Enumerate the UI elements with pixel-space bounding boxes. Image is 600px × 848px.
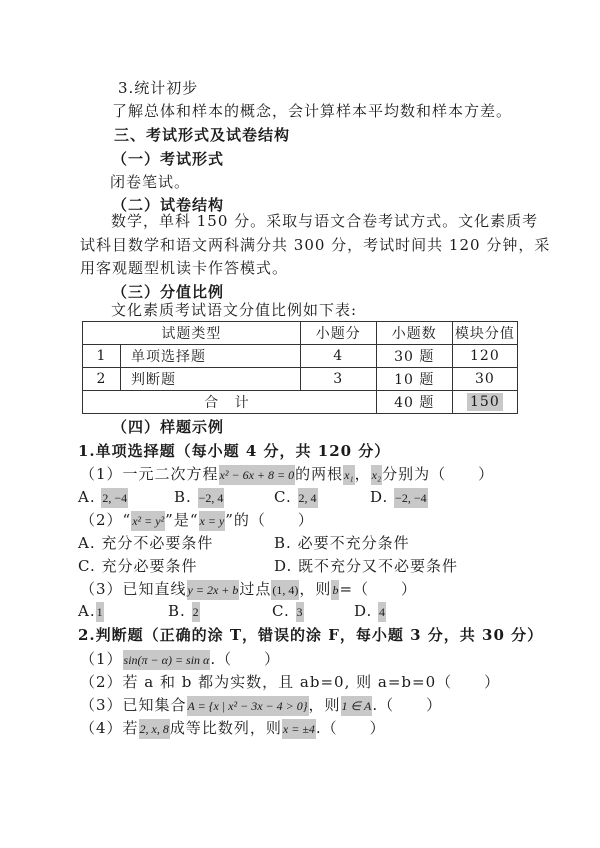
q1-mid: 的两根 [295,465,343,483]
exam-form-heading: （一）考试形式 [112,148,224,170]
q1-suffix: 分别为（ ） [382,465,494,483]
footer-count: 40 题 [376,391,452,414]
option-label: A. [78,488,96,506]
q3-point: (1, 4) [271,580,299,600]
option-label: A. [78,602,96,620]
q1-x2: x₂ [371,465,383,485]
option-label: C. [274,488,292,506]
option-label: A. [78,534,96,552]
option-a-value: 1 [96,602,104,622]
q2-mid: ”是“ [165,511,198,529]
score-ratio-intro: 文化素质考试语文分值比例如下表: [111,299,357,321]
footer-label: 合 计 [83,391,377,414]
tf4-sequence: 2, x, 8 [139,719,170,739]
footer-total-cell: 150 [452,391,517,414]
option-c-value: 2, 4 [298,488,318,508]
tf3-suffix: .（ ） [372,696,442,714]
option-label: C. [272,602,290,620]
tf-question-4: （4）若2, x, 8成等比数列，则x = ±4.（ ） [80,717,386,740]
option-d-value: 既不充分又不必要条件 [298,557,458,575]
section-three-heading: 三、考试形式及试卷结构 [114,124,290,146]
statistics-description: 了解总体和样本的概念，会计算样本平均数和样本方差。 [112,100,512,122]
row-number: 2 [83,368,121,391]
row-score: 4 [300,345,376,368]
row-number: 1 [83,345,121,368]
q3-mid2: ，则 [299,580,331,598]
row-total: 120 [452,345,517,368]
tf1-prefix: （1） [80,650,123,668]
score-table: 试题类型 小题分 小题数 模块分值 1 单项选择题 4 30 题 120 2 判… [82,321,518,414]
mc-question-2: （2）“x² = y²”是“x = y”的（ ） [80,509,314,532]
option-label: C. [78,557,96,575]
tf4-expression: x = ±4 [282,719,316,739]
tf1-suffix: .（ ） [210,650,280,668]
row-count: 30 题 [376,345,452,368]
row-type: 判断题 [121,368,301,391]
paper-structure-line-2: 试科目数学和语文两科满分共 300 分，考试时间共 120 分钟，采 [80,234,550,256]
exam-form-body: 闭卷笔试。 [110,171,190,193]
option-c-value: 3 [296,602,304,622]
option-label: B. [174,488,192,506]
option-label: D. [274,557,292,575]
option-a-value: 充分不必要条件 [101,534,213,552]
option-b-value: 2 [192,602,200,622]
option-b-value: 必要不充分条件 [298,534,410,552]
q2-prefix: （2）“ [80,511,131,529]
header-score: 小题分 [300,322,376,345]
footer-total: 150 [467,393,503,411]
tf1-expression: sin(π − α) = sin α [123,650,211,670]
mc-heading: 1.单项选择题（每小题 4 分，共 120 分） [78,440,390,462]
tf4-mid: 成等比数列，则 [170,719,282,737]
header-type: 试题类型 [83,322,301,345]
row-count: 10 题 [376,368,452,391]
option-d-value: −2, −4 [394,488,428,508]
examples-heading: （四）样题示例 [112,416,224,438]
q1-x1: x₁ [343,465,355,485]
q3-line-equation: y = 2x + b [187,580,240,600]
table-row: 2 判断题 3 10 题 30 [83,368,518,391]
option-b-value: −2, 4 [198,488,225,508]
tf3-mid: ，则 [309,696,341,714]
tf3-set: A = {x | x² − 3x − 4 > 0} [187,696,309,716]
option-label: B. [274,534,292,552]
tf4-prefix: （4）若 [80,719,139,737]
tf3-prefix: （3）已知集合 [80,696,187,714]
q3-mid: 过点 [239,580,271,598]
q2-condition-b: x = y [199,511,226,531]
header-count: 小题数 [376,322,452,345]
q2-suffix: ”的（ ） [225,511,314,529]
q1-prefix: （1）一元二次方程 [80,465,219,483]
option-c-value: 充分必要条件 [102,557,198,575]
mc-question-1: （1）一元二次方程x² − 6x + 8 = 0的两根x₁，x₂分别为（ ） [80,463,494,486]
tf-question-3: （3）已知集合A = {x | x² − 3x − 4 > 0}，则1 ∈ A.… [80,694,442,717]
paper-structure-line-3: 用客观题型机读卡作答模式。 [80,257,288,279]
option-label: D. [354,602,372,620]
tf-heading: 2.判断题（正确的涂 T，错误的涂 F，每小题 3 分，共 30 分） [78,624,543,646]
tf4-suffix: .（ ） [316,719,386,737]
tf-question-1: （1）sin(π − α) = sin α.（ ） [80,648,280,671]
q3-suffix: =（ ） [339,580,417,598]
table-header-row: 试题类型 小题分 小题数 模块分值 [83,322,518,345]
option-label: B. [168,602,186,620]
q1-equation: x² − 6x + 8 = 0 [219,465,296,485]
section-heading-statistics: 3.统计初步 [118,77,198,99]
q1-sep: ， [355,465,371,483]
mc-question-3: （3）已知直线y = 2x + b过点(1, 4)，则b=（ ） [80,578,417,601]
q2-condition-a: x² = y² [131,511,165,531]
tf-question-2: （2）若 a 和 b 都为实数，且 ab=0, 则 a=b=0（ ） [80,671,500,693]
table-footer-row: 合 计 40 题 150 [83,391,518,414]
row-score: 3 [300,368,376,391]
option-label: D. [370,488,388,506]
row-total: 30 [452,368,517,391]
table-row: 1 单项选择题 4 30 题 120 [83,345,518,368]
paper-structure-line-1: 数学，单科 150 分。采取与语文合卷考试方式。文化素质考 [111,210,538,232]
tf3-expression: 1 ∈ A [341,696,373,716]
row-type: 单项选择题 [121,345,301,368]
header-total: 模块分值 [452,322,517,345]
q3-prefix: （3）已知直线 [80,580,187,598]
option-d-value: 4 [378,602,386,622]
option-a-value: 2, −4 [101,488,128,508]
